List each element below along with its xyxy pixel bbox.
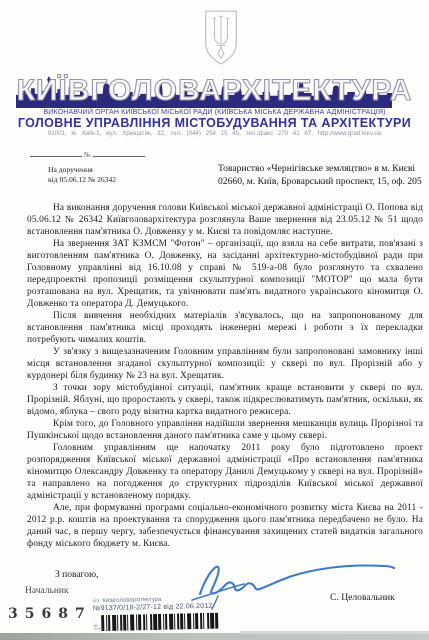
paragraph: Крім того, до Головного управління надій…: [27, 418, 423, 442]
paragraph: У зв'язку з вищезазначеним Головним упра…: [27, 346, 423, 382]
paragraph: На виконання доручення голови Київської …: [27, 202, 423, 238]
incoming-reference-line1: На доручення: [48, 165, 116, 175]
date-blank-line: [30, 148, 82, 157]
logo: КИЇВГОЛОВАРХІТЕКТУРА: [0, 60, 429, 108]
paragraph: Але, при формуванні програми соціально-е…: [27, 502, 423, 550]
org-subtitle: ВИКОНАВЧИЙ ОРГАН КИЇВСЬКОЇ МІСЬКОЇ РАДИ …: [0, 108, 429, 116]
recipient-address: 02660, м. Київ, Броварський проспект, 15…: [218, 176, 426, 189]
ref-number-symbol: №: [82, 151, 93, 159]
number-blank-line: [93, 148, 145, 157]
department-title: ГОЛОВНЕ УПРАВЛІННЯ МІСТОБУДУВАННЯ ТА АРХ…: [0, 116, 429, 130]
handwritten-signature-icon: [188, 548, 398, 610]
recipient-block: Товариство «Чернігівське земляцтво» в м.…: [218, 163, 426, 188]
address-line: 01001, м. Київ-1, вул. Хрещатик, 32, тел…: [0, 130, 429, 137]
barcode-org: Київголовархітектура: [102, 597, 161, 604]
incoming-reference: На доручення від 05.06.12 № 26342: [48, 165, 116, 184]
scanned-letter-page: КИЇВГОЛОВАРХІТЕКТУРА ВИКОНАВЧИЙ ОРГАН КИ…: [0, 0, 429, 640]
barcode-side-label: 18-2: [94, 622, 104, 630]
scan-edge-shadow: [240, 631, 429, 634]
barcode-prefix: МЗ: [93, 598, 100, 603]
paragraph: Після вивчення необхідних матеріалів з'я…: [27, 310, 423, 346]
entry-stamp-number: 35687: [8, 606, 92, 622]
scan-edge-bottom: [0, 633, 429, 640]
signer-position: Начальник: [25, 586, 69, 596]
paragraph: Головним управлінням ще напочатку 2011 р…: [27, 442, 423, 502]
closing-phrase: З повагою,: [55, 570, 98, 580]
ukraine-trident-icon: [193, 9, 249, 67]
incoming-reference-line2: від 05.06.12 № 26342: [48, 175, 116, 185]
outgoing-ref-blank: №: [30, 148, 145, 159]
paragraph: З точки зору містобудівної ситуації, пам…: [27, 382, 423, 418]
paragraph: На звернення ЗАТ КЗМСМ "Фотон" – організ…: [27, 238, 423, 310]
barcode-row: 18-2: [93, 612, 219, 631]
letter-body: На виконання доручення голови Київської …: [27, 202, 423, 550]
logo-wordmark: КИЇВГОЛОВАРХІТЕКТУРА: [0, 74, 429, 108]
barcode-icon: [101, 612, 219, 630]
recipient-name: Товариство «Чернігівське земляцтво» в м.…: [218, 163, 426, 176]
